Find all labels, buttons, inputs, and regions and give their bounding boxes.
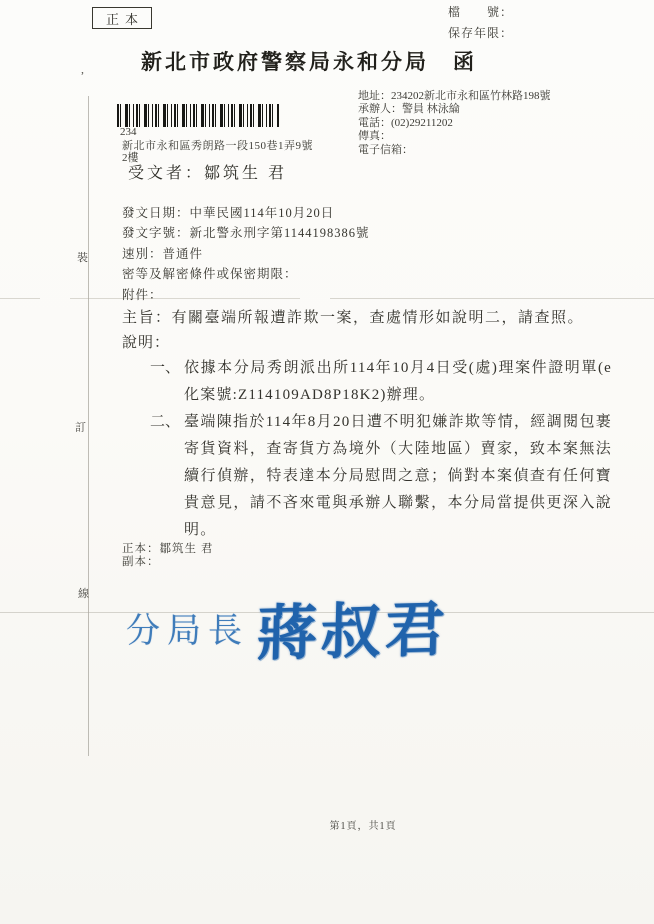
dispatch-number: 發文字號：新北警永刑字第1144198386號 (122, 223, 370, 243)
original-copy-stamp: 正本 (92, 7, 152, 29)
dispatch-speed: 速別：普通件 (122, 244, 370, 264)
item-1-number: 一、 (150, 355, 184, 409)
subject-line: 主旨：有關臺端所報遭詐欺一案，查處情形如說明二，請查照。 (122, 306, 627, 327)
attachment-label: 附件： (122, 285, 370, 305)
agency-fax: 傳真： (358, 130, 551, 143)
agency-email: 電子信箱： (358, 144, 551, 157)
scanned-letter-page: , 裝 訂 線 正本 檔 號： 保存年限： 新北市政府警察局永和分局 函 地址：… (0, 0, 654, 924)
carbon-copy-line: 副本： (122, 556, 213, 569)
security-classification: 密等及解密條件或保密期限： (122, 264, 370, 284)
agency-contact-block: 地址：234202新北市永和區竹林路198號 承辦人：警員 林泳綸 電話：(02… (358, 90, 551, 157)
page-number-footer: 第1頁，共1頁 (36, 817, 654, 832)
binding-mark-xian: 線 (78, 585, 89, 601)
agency-phone: 電話：(02)29211202 (358, 117, 551, 130)
binding-mark-zhuang: 裝 (77, 249, 88, 265)
explanation-item-2: 二、 臺端陳指於114年8月20日遭不明犯嫌詐欺等情，經調閱包裹寄貨資料，查寄貨… (150, 409, 612, 544)
signature-stamp: 蔣叔君 (256, 581, 450, 672)
archive-label-block: 檔 號： 保存年限： (448, 2, 513, 44)
file-number-label: 檔 號： (448, 2, 513, 23)
signature-block: 分局長 蔣叔君 (126, 584, 449, 670)
explanation-items: 一、 依據本分局秀朗派出所114年10月4日受(處)理案件證明單(e化案號:Z1… (150, 355, 612, 544)
agency-address: 地址：234202新北市永和區竹林路198號 (358, 90, 551, 103)
recipient-address-line1: 新北市永和區秀朗路一段150巷1弄9號 (122, 137, 313, 153)
dispatch-date: 發文日期：中華民國114年10月20日 (122, 203, 370, 223)
binding-mark-ding: 訂 (75, 419, 86, 435)
agency-contact-person: 承辦人：警員 林泳綸 (358, 103, 551, 116)
retention-period-label: 保存年限： (448, 23, 513, 44)
signer-title: 分局長 (126, 603, 249, 652)
explanation-label: 說明： (122, 331, 170, 352)
original-copy-stamp-label: 正本 (106, 9, 144, 28)
document-title: 新北市政府警察局永和分局 函 (0, 46, 636, 76)
dispatch-meta-block: 發文日期：中華民國114年10月20日 發文字號：新北警永刑字第11441983… (122, 203, 370, 305)
recipient-name-line: 受文者：鄒筑生 君 (128, 160, 287, 183)
binding-margin-line (88, 96, 89, 756)
explanation-item-1: 一、 依據本分局秀朗派出所114年10月4日受(處)理案件證明單(e化案號:Z1… (150, 355, 612, 409)
item-2-text: 臺端陳指於114年8月20日遭不明犯嫌詐欺等情，經調閱包裹寄貨資料，查寄貨方為境… (184, 409, 612, 544)
original-copy-line: 正本：鄒筑生 君 (122, 543, 213, 556)
item-1-text: 依據本分局秀朗派出所114年10月4日受(處)理案件證明單(e化案號:Z1141… (184, 355, 612, 409)
distribution-block: 正本：鄒筑生 君 副本： (122, 543, 213, 569)
item-2-number: 二、 (150, 409, 184, 544)
mailing-barcode (117, 104, 279, 127)
